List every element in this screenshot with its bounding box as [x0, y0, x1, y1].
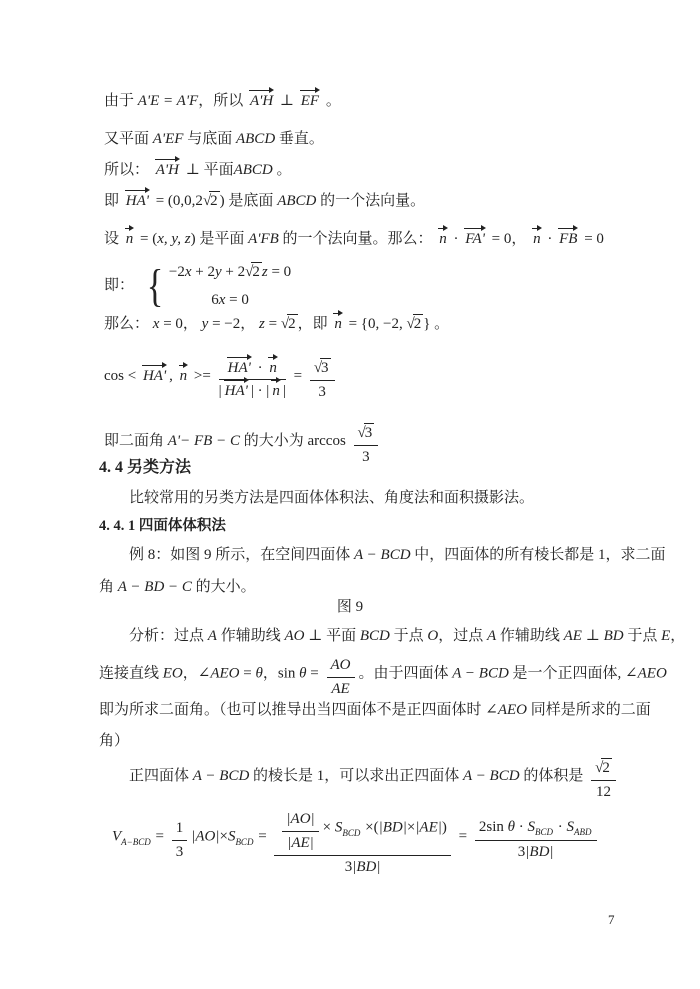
analysis-line-1: 分析：过点 A 作辅助线 AO ⊥ 平面 BCD 于点 O，过点 A 作辅助线 … — [129, 627, 685, 647]
equation-system: 即： {−2x + 2y + 2√2z = 06x = 0 — [104, 258, 291, 314]
proof-line-3: 所以： A'H ⊥ 平面ABCD 。 — [104, 161, 292, 181]
analysis-line-4: 角） — [99, 732, 129, 752]
subsection-heading-4-4-1: 4. 4. 1 四面体体积法 — [99, 517, 226, 536]
page-number: 7 — [608, 912, 615, 928]
cosine-formula: cos < HA', n >= HA' · n|HA'| · |n| = √33 — [104, 352, 339, 402]
analysis-line-2: 连接直线 EO，∠AEO = θ，sin θ = AOAE。由于四面体 A − … — [99, 650, 667, 699]
proof-line-7: 那么： x = 0， y = −2， z = √2，即 n = {0, −2, … — [104, 314, 449, 335]
document-page: 由于 A'E = A'F，所以 A'H ⊥ EF 。 又平面 A'EF 与底面 … — [0, 0, 700, 989]
analysis-line-3: 即为所求二面角。（也可以推导出当四面体不是正四面体时 ∠AEO 同样是所求的二面 — [99, 701, 651, 721]
section-heading-4-4: 4. 4 另类方法 — [99, 458, 191, 479]
figure-9-caption: 图 9 — [0, 598, 700, 618]
section-4-4-intro: 比较常用的另类方法是四面体体积法、角度法和面积摄影法。 — [129, 489, 534, 509]
volume-formula: VA−BCD = 13|AO|×SBCD = |AO||AE|× SBCD ×(… — [112, 798, 601, 876]
proof-line-4: 即 HA' = (0,0,2√2) 是底面 ABCD 的一个法向量。 — [104, 191, 425, 212]
proof-line-2: 又平面 A'EF 与底面 ABCD 垂直。 — [104, 130, 324, 150]
tetrahedron-volume-line: 正四面体 A − BCD 的棱长是 1，可以求出正四面体 A − BCD 的体积… — [129, 752, 620, 802]
example-8-line-2: 角 A − BD − C 的大小。 — [99, 578, 256, 598]
proof-line-5: 设 n = (x, y, z) 是平面 A'FB 的一个法向量。那么： n · … — [104, 230, 604, 250]
proof-line-1: 由于 A'E = A'F，所以 A'H ⊥ EF 。 — [104, 92, 341, 112]
example-8-line-1: 例 8：如图 9 所示，在空间四面体 A − BCD 中，四面体的所有棱长都是 … — [129, 546, 666, 566]
